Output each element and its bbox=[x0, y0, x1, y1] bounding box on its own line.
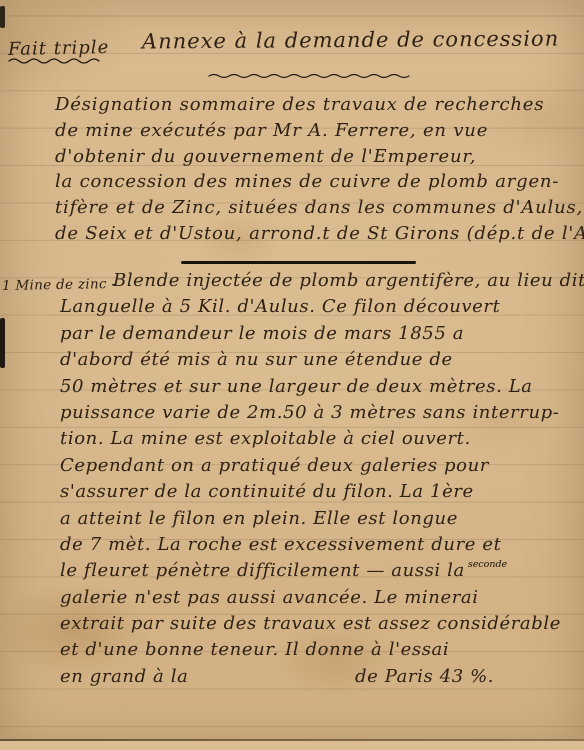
text-line-left: en grand à la bbox=[60, 666, 188, 687]
text-line: de Seix et d'Ustou, arrond.t de St Giron… bbox=[55, 223, 570, 249]
text-line: s'assurer de la continuité du filon. La … bbox=[60, 481, 570, 507]
intro-paragraph: Désignation sommaire des travaux de rech… bbox=[55, 94, 570, 249]
text-line: le fleuret pénètre difficilement — aussi… bbox=[60, 560, 570, 586]
corner-note-wavy-underline bbox=[8, 56, 100, 66]
inserted-word: seconde bbox=[468, 559, 507, 570]
text-line: Cependant on a pratiqué deux galeries po… bbox=[60, 455, 570, 481]
left-edge-ink-mark-top bbox=[0, 6, 5, 28]
text-line-right: de Paris 43 %. bbox=[355, 666, 494, 687]
text-line: Désignation sommaire des travaux de rech… bbox=[55, 94, 570, 120]
text-line: de 7 mèt. La roche est excessivement dur… bbox=[60, 534, 570, 560]
left-edge-ink-mark-middle bbox=[0, 318, 5, 368]
text-line: en grand à lade Paris 43 %. bbox=[60, 666, 570, 692]
text-line: tifère et de Zinc, situées dans les comm… bbox=[55, 197, 570, 223]
text-line: puissance varie de 2m.50 à 3 mètres sans… bbox=[60, 402, 570, 428]
manuscript-page: Fait triple Annexe à la demande de conce… bbox=[0, 0, 584, 750]
page-title: Annexe à la demande de concession bbox=[142, 27, 559, 54]
text-line: Blende injectée de plomb argentifère, au… bbox=[60, 270, 570, 296]
text-line: par le demandeur le mois de mars 1855 a bbox=[60, 323, 570, 349]
text-line: tion. La mine est exploitable à ciel ouv… bbox=[60, 428, 570, 454]
text-line: Languelle à 5 Kil. d'Aulus. Ce filon déc… bbox=[60, 296, 570, 322]
text-line: 50 mètres et sur une largeur de deux mèt… bbox=[60, 376, 570, 402]
page-bottom-strip bbox=[0, 741, 584, 750]
text-line: a atteint le filon en plein. Elle est lo… bbox=[60, 508, 570, 534]
section-divider bbox=[181, 261, 416, 264]
text-line: d'obtenir du gouvernement de l'Empereur, bbox=[55, 146, 570, 172]
text-line: et d'une bonne teneur. Il donne à l'essa… bbox=[60, 639, 570, 665]
title-wavy-underline bbox=[208, 71, 414, 81]
text-line: extrait par suite des travaux est assez … bbox=[60, 613, 570, 639]
text-line: la concession des mines de cuivre de plo… bbox=[55, 171, 570, 197]
text-line: d'abord été mis à nu sur une étendue de bbox=[60, 349, 570, 375]
body-paragraph: Blende injectée de plomb argentifère, au… bbox=[60, 270, 570, 692]
text-line: galerie n'est pas aussi avancée. Le mine… bbox=[60, 587, 570, 613]
text-line: de mine exécutés par Mr A. Ferrere, en v… bbox=[55, 120, 570, 146]
